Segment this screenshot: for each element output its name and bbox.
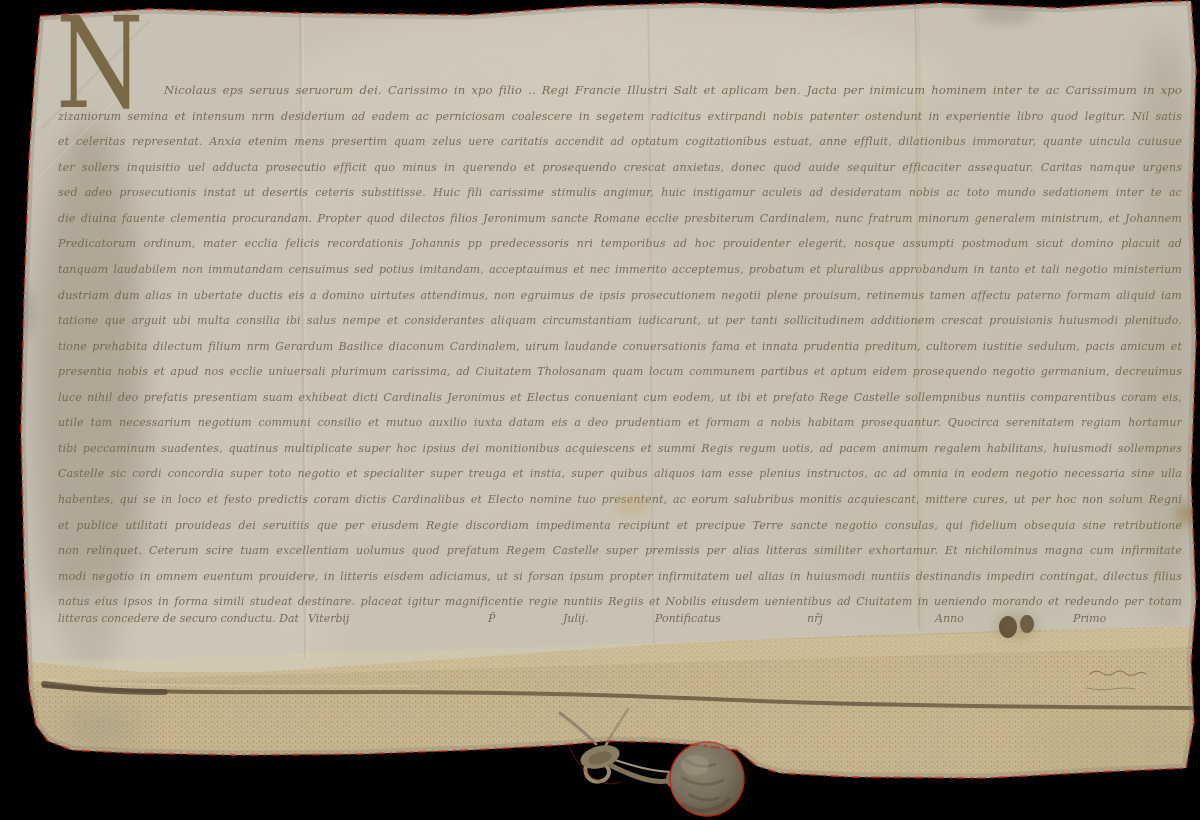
manuscript-line: tatione que arguit ubi multa consilia ib… <box>58 308 1182 334</box>
manuscript-line: et publice utilitati prouideas dei serui… <box>58 513 1182 539</box>
manuscript-line: Nicolaus eps seruus seruorum dei. Cariss… <box>58 78 1182 104</box>
manuscript-line: ter sollers inquisitio uel adducta prose… <box>58 155 1182 181</box>
manuscript-line: tibi peccaminum suadentes, quatinus mult… <box>58 436 1182 462</box>
dateline-token: Viterbij <box>308 612 349 625</box>
body-text: Nicolaus eps seruus seruorum dei. Cariss… <box>58 78 1182 615</box>
manuscript-line: presentia nobis et apud nos ecclie uniue… <box>58 359 1182 385</box>
dateline-token: Primo <box>1073 612 1106 625</box>
manuscript-line: utile tam necessarium negotium communi c… <box>58 410 1182 436</box>
dateline-token: Anno <box>935 612 964 625</box>
manuscript-line: tione prehabita dilectum filium nrm Gera… <box>58 334 1182 360</box>
manuscript-line: Castelle sic cordi concordia super toto … <box>58 461 1182 487</box>
manuscript-line: die diuina fauente clementia procurandam… <box>58 206 1182 232</box>
dateline: litteras concedere de securo conductu. D… <box>58 612 1188 638</box>
manuscript-line: et celeritas representat. Anxia etenim m… <box>58 129 1182 155</box>
manuscript-photo: N Nicolaus eps seruus seruorum dei. Cari… <box>0 0 1200 820</box>
manuscript-line: dustriam dum alias in ubertate ductis ei… <box>58 283 1182 309</box>
dateline-token: nr̃j <box>807 612 823 625</box>
dateline-token: Julij. <box>563 612 588 625</box>
text-layer: N Nicolaus eps seruus seruorum dei. Cari… <box>0 0 1200 820</box>
dateline-token: P̃ <box>488 612 495 625</box>
dateline-token: Pontificatus <box>655 612 721 625</box>
manuscript-line: tanquam laudabilem non immutandam censui… <box>58 257 1182 283</box>
manuscript-line: non relinquet. Ceterum scire tuam excell… <box>58 538 1182 564</box>
manuscript-line: habentes, qui se in loco et festo predic… <box>58 487 1182 513</box>
manuscript-line: Predicatorum ordinum, mater ecclia felic… <box>58 231 1182 257</box>
manuscript-line: modi negotio in omnem euentum prouidere,… <box>58 564 1182 590</box>
manuscript-line: natus eius ipsos in forma simili studeat… <box>58 589 1182 615</box>
manuscript-line: sed adeo prosecutionis instat ut deserti… <box>58 180 1182 206</box>
dateline-token: litteras concedere de securo conductu. D… <box>58 612 299 625</box>
manuscript-line: luce nihil deo prefatis presentiam suam … <box>58 385 1182 411</box>
manuscript-line: zizaniorum semina et intensum nrm deside… <box>58 104 1182 130</box>
